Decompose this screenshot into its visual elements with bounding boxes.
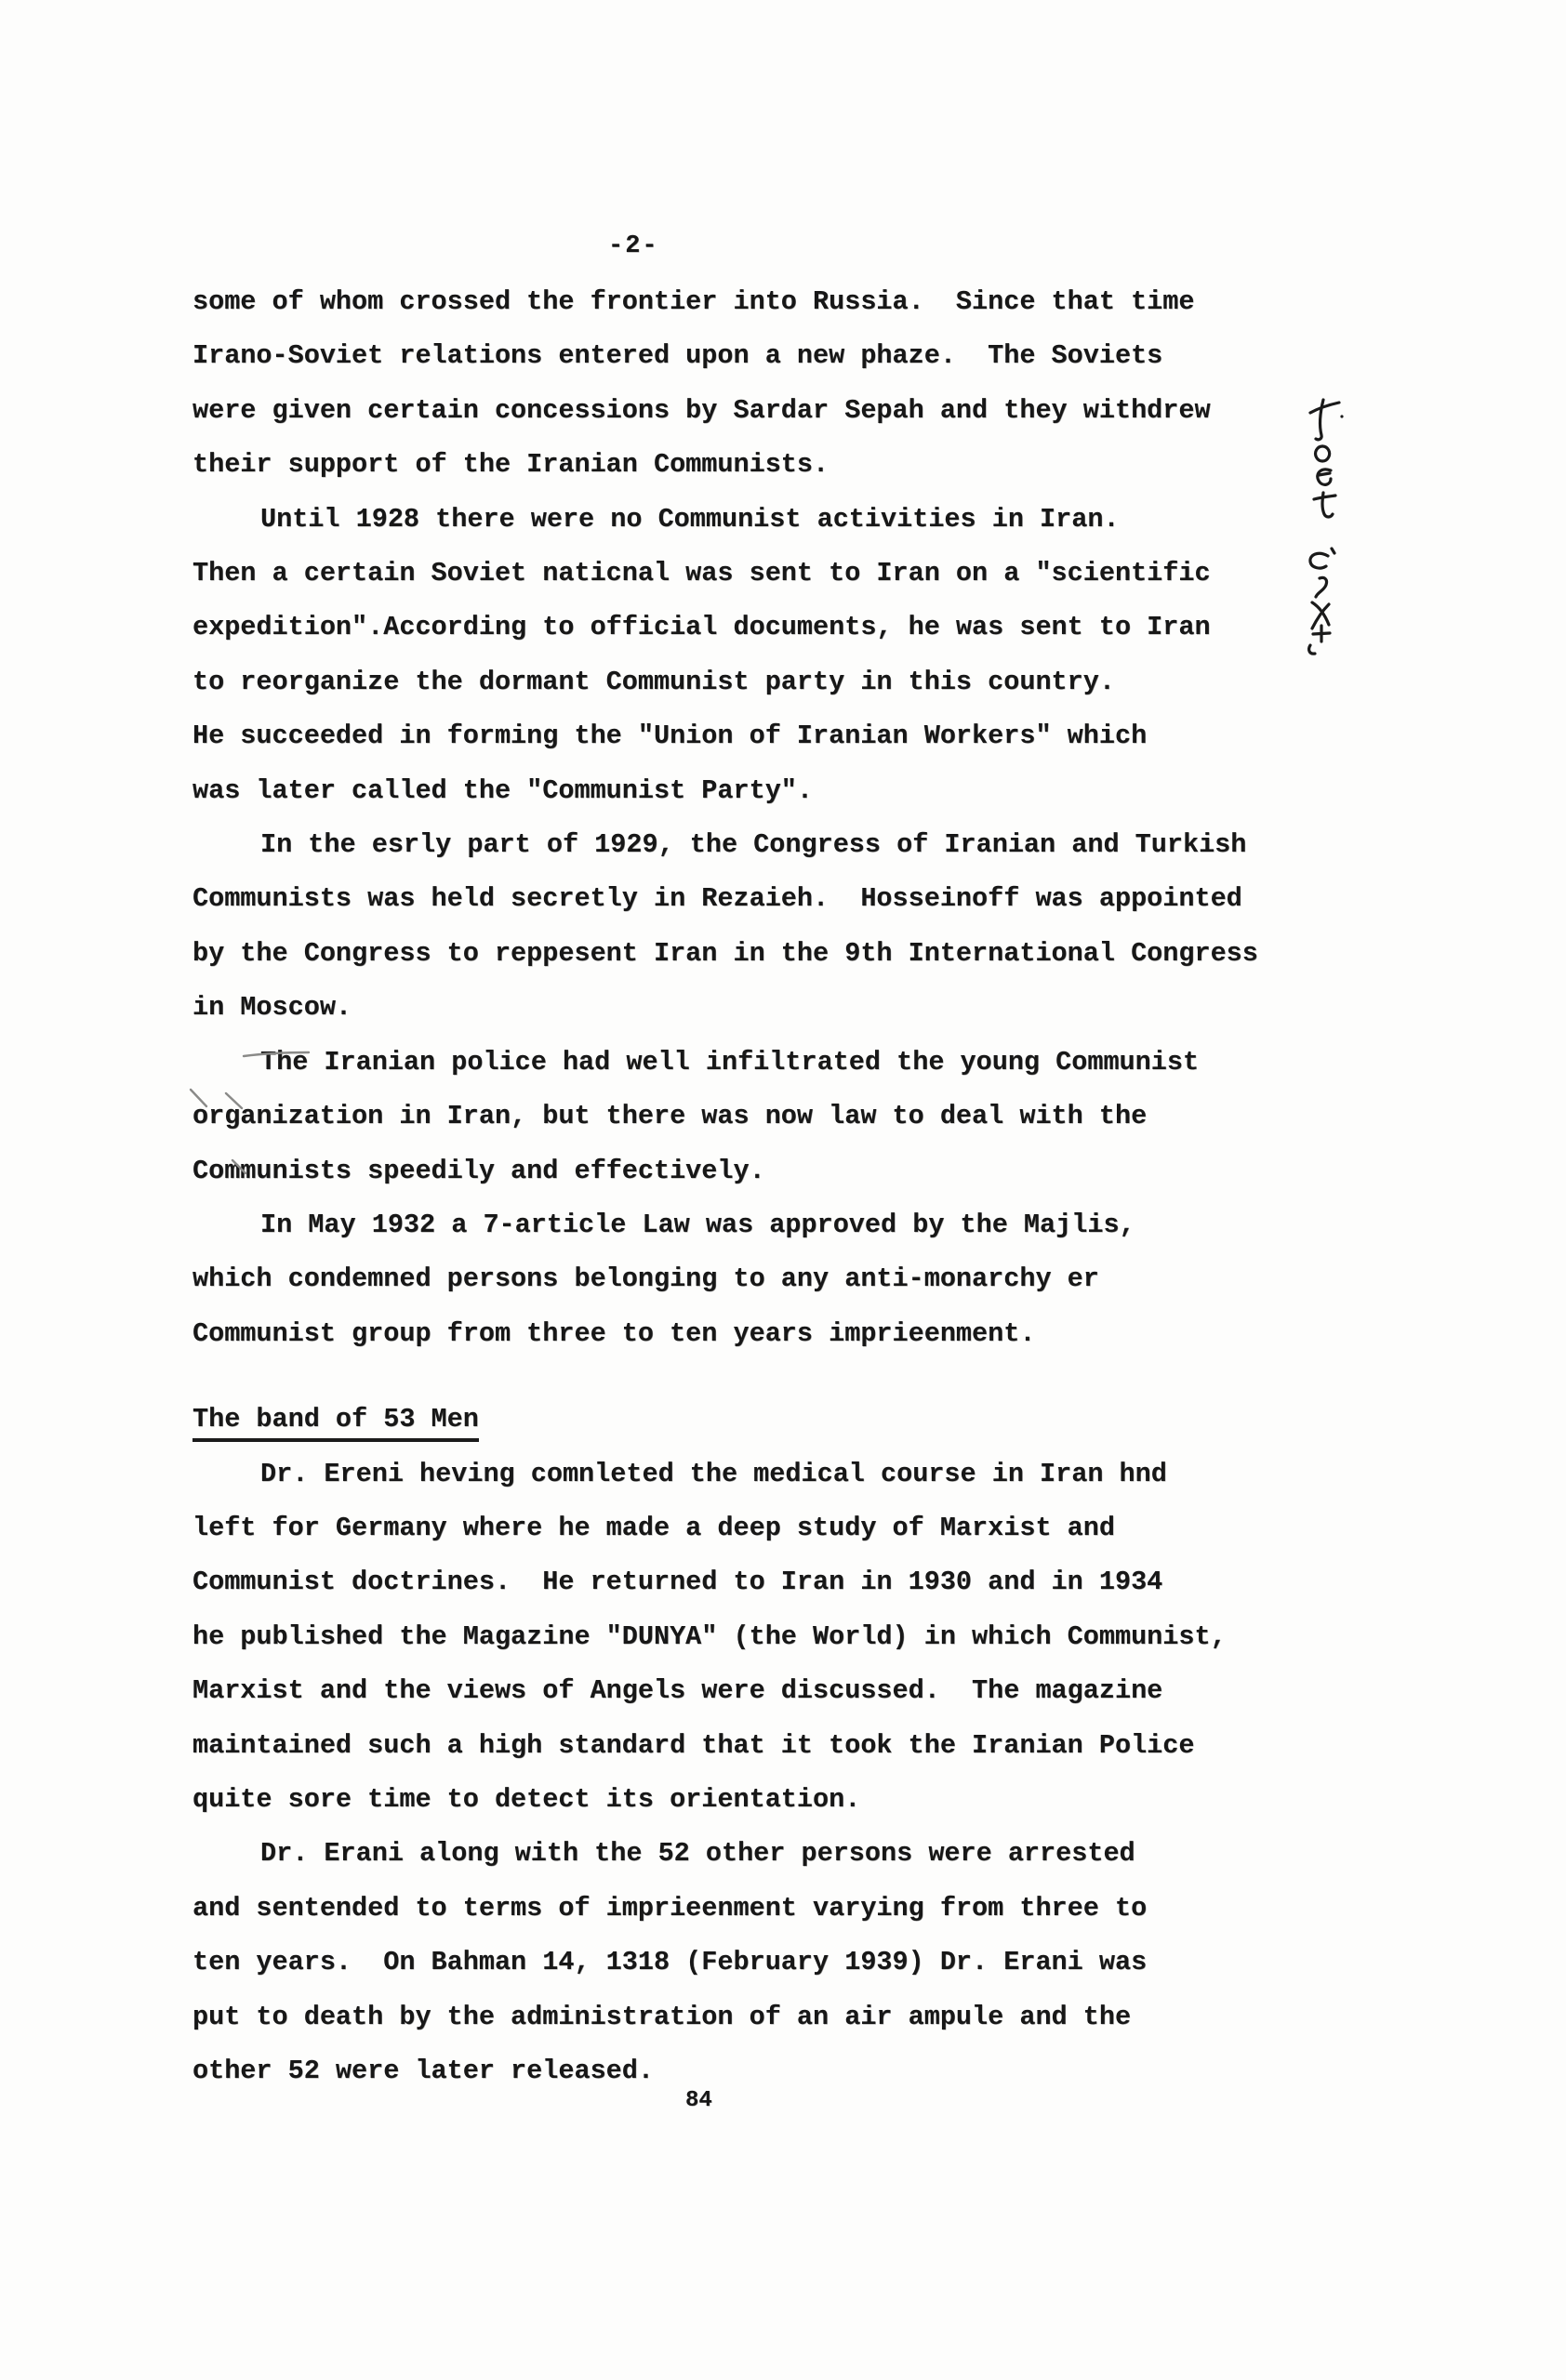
text-line: which condemned persons belonging to any… xyxy=(192,1252,1336,1306)
paragraph: Until 1928 there were no Communist activ… xyxy=(192,493,1336,818)
section-heading: The band of 53 Men xyxy=(192,1393,1336,1447)
stray-pencil-marks xyxy=(181,1041,330,1181)
text-line: was later called the "Communist Party". xyxy=(192,764,1336,818)
handwritten-vertical-note-icon xyxy=(1300,394,1348,526)
text-line: their support of the Iranian Communists. xyxy=(192,438,1336,492)
paragraph: some of whom crossed the frontier into R… xyxy=(192,275,1336,493)
paragraph: Dr. Ereni heving comnleted the medical c… xyxy=(192,1448,1336,1828)
stray-pencil-marks-icon xyxy=(181,1041,330,1181)
page-footer-number: 84 xyxy=(685,2088,712,2113)
text-line: Dr. Ereni heving comnleted the medical c… xyxy=(192,1448,1336,1501)
paragraph: In May 1932 a 7-article Law was approved… xyxy=(192,1198,1336,1361)
text-line: by the Congress to reppesent Iran in the… xyxy=(192,927,1336,981)
page-header-number: -2- xyxy=(608,232,659,260)
paragraph: Dr. Erani along with the 52 other person… xyxy=(192,1827,1336,2098)
text-line: The Iranian police had well infiltrated … xyxy=(192,1036,1336,1090)
text-line: in Moscow. xyxy=(192,981,1336,1035)
paragraph: In the esrly part of 1929, the Congress … xyxy=(192,818,1336,1036)
text-line: Dr. Erani along with the 52 other person… xyxy=(192,1827,1336,1881)
handwritten-margin-note-lower xyxy=(1291,543,1348,658)
document-page: -2- some of whom crossed the frontier in… xyxy=(0,0,1566,2380)
text-line: Until 1928 there were no Communist activ… xyxy=(192,493,1336,547)
paragraph: The Iranian police had well infiltrated … xyxy=(192,1036,1336,1198)
text-line: Communists speedily and effectively. xyxy=(192,1144,1336,1198)
text-line: he published the Magazine "DUNYA" (the W… xyxy=(192,1610,1336,1664)
text-line: left for Germany where he made a deep st… xyxy=(192,1501,1336,1555)
text-line: In the esrly part of 1929, the Congress … xyxy=(192,818,1336,872)
text-line: Communist group from three to ten years … xyxy=(192,1307,1336,1361)
handwritten-margin-note-upper xyxy=(1300,394,1348,526)
section-heading-text: The band of 53 Men xyxy=(192,1404,479,1442)
text-line: ten years. On Bahman 14, 1318 (February … xyxy=(192,1936,1336,1990)
text-line: other 52 were later released. xyxy=(192,2044,1336,2098)
typed-text-block: some of whom crossed the frontier into R… xyxy=(192,275,1336,2098)
text-line: some of whom crossed the frontier into R… xyxy=(192,275,1336,329)
text-line: put to death by the administration of an… xyxy=(192,1990,1336,2044)
text-line: In May 1932 a 7-article Law was approved… xyxy=(192,1198,1336,1252)
text-line: Marxist and the views of Angels were dis… xyxy=(192,1664,1336,1718)
text-line: maintained such a high standard that it … xyxy=(192,1719,1336,1773)
text-line: to reorganize the dormant Communist part… xyxy=(192,655,1336,709)
text-line: expedition".According to official docume… xyxy=(192,601,1336,654)
text-line: Irano-Soviet relations entered upon a ne… xyxy=(192,329,1336,383)
text-line: Communists was held secretly in Rezaieh.… xyxy=(192,872,1336,926)
text-line: He succeeded in forming the "Union of Ir… xyxy=(192,709,1336,763)
text-line: and sentended to terms of imprieenment v… xyxy=(192,1882,1336,1936)
text-line: quite sore time to detect its orientatio… xyxy=(192,1773,1336,1827)
text-line: Then a certain Soviet naticnal was sent … xyxy=(192,547,1336,601)
handwritten-vertical-note-icon xyxy=(1291,543,1348,658)
text-line: were given certain concessions by Sardar… xyxy=(192,384,1336,438)
text-line: Communist doctrines. He returned to Iran… xyxy=(192,1555,1336,1609)
text-line: organization in Iran, but there was now … xyxy=(192,1090,1336,1144)
